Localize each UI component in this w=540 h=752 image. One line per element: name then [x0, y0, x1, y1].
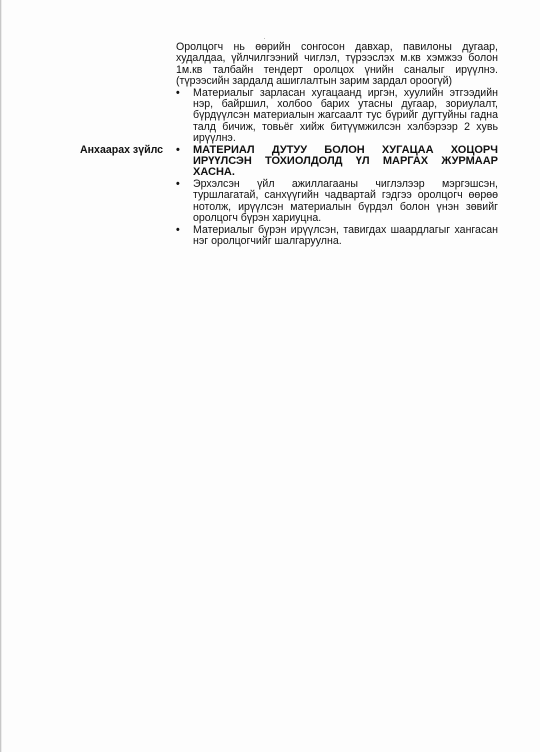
list-item: • Материалыг бүрэн ирүүлсэн, тавигдах ша…: [176, 225, 498, 248]
attention-list: • МАТЕРИАЛ ДУТУУ БОЛОН ХУГАЦАА ХОЦОРЧ ИР…: [176, 145, 498, 248]
bullet-icon: •: [176, 179, 180, 190]
attention-label: Анхаарах зүйлс: [80, 145, 163, 156]
document-body: Оролцогч нь өөрийн сонгосон давхар, пави…: [176, 42, 498, 247]
scan-speck: [264, 38, 265, 39]
bullet-icon: •: [176, 88, 180, 99]
list-item-text: МАТЕРИАЛ ДУТУУ БОЛОН ХУГАЦАА ХОЦОРЧ ИРҮҮ…: [193, 144, 498, 179]
list-item-text: Эрхэлсэн үйл ажиллагааны чиглэлээр мэргэ…: [193, 178, 498, 224]
requirements-list: • Материалыг зарласан хугацаанд иргэн, х…: [176, 88, 498, 145]
list-item: • Эрхэлсэн үйл ажиллагааны чиглэлээр мэр…: [176, 179, 498, 225]
page-left-edge-shadow: [1, 0, 2, 752]
bullet-icon: •: [176, 145, 180, 156]
list-item-warning: • МАТЕРИАЛ ДУТУУ БОЛОН ХУГАЦАА ХОЦОРЧ ИР…: [176, 145, 498, 179]
list-item: • Материалыг зарласан хугацаанд иргэн, х…: [176, 88, 498, 145]
list-item-text: Материалыг зарласан хугацаанд иргэн, хуу…: [193, 87, 498, 145]
list-item-text: Материалыг бүрэн ирүүлсэн, тавигдах шаар…: [193, 224, 498, 247]
intro-paragraph: Оролцогч нь өөрийн сонгосон давхар, пави…: [176, 42, 498, 88]
bullet-icon: •: [176, 225, 180, 236]
